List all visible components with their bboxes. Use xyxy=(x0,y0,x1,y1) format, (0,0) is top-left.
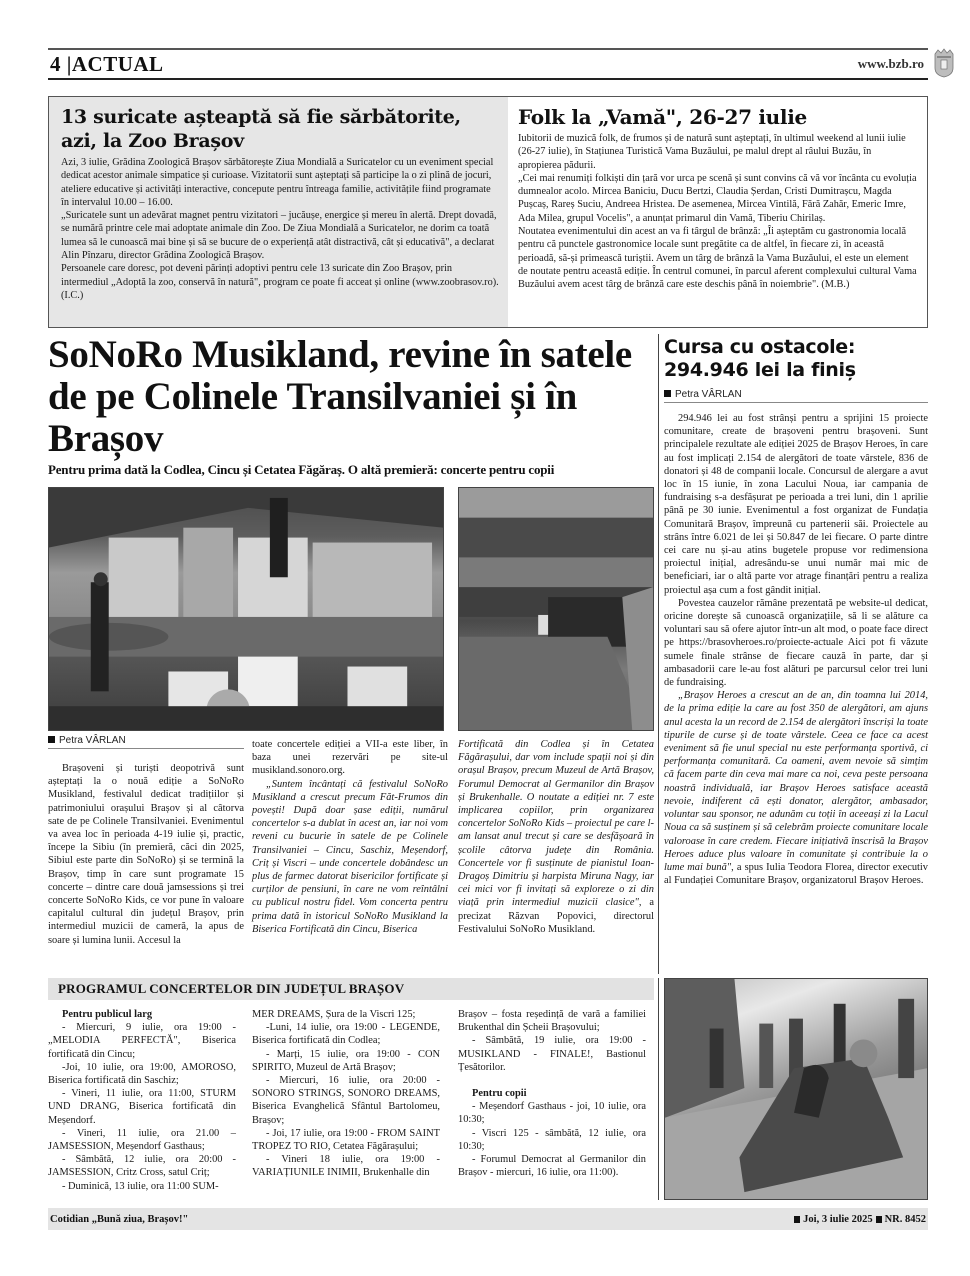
programme-item: - Joi, 17 iulie, ora 19:00 - FROM SAINT … xyxy=(252,1127,440,1153)
folk-news-body: Iubitorii de muzică folk, de frumos și d… xyxy=(518,132,917,292)
programme-item: -Joi, 10 iulie, ora 19:00, AMOROSO, Bise… xyxy=(48,1061,236,1087)
programme-item: -Luni, 14 iulie, ora 19:00 - LEGENDE, Bi… xyxy=(252,1021,440,1047)
article-paragraph: Povestea cauzelor rămâne prezentată pe w… xyxy=(664,597,928,689)
folk-news-title: Folk la „Vamă", 26-27 iulie xyxy=(518,105,917,129)
author-name: Petra VÂRLAN xyxy=(59,735,126,746)
side-article-body: 294.946 lei au fost strânși pentru a spr… xyxy=(664,412,928,887)
programme-item: - Miercuri, 9 iulie, ora 19:00 - „MELODI… xyxy=(48,1021,236,1061)
bullet-square-icon xyxy=(876,1216,882,1223)
section-label: 4 |ACTUAL xyxy=(48,52,164,77)
main-byline: Petra VÂRLAN xyxy=(48,735,244,749)
issue-info: Joi, 3 iulie 2025NR. 8452 xyxy=(791,1214,926,1225)
main-article-column-2: toate concertele ediției a VII-a este li… xyxy=(252,738,448,936)
programme-item: - Miercuri, 16 iulie, ora 20:00 - SONORO… xyxy=(252,1074,440,1127)
main-subheadline: Pentru prima dată la Codlea, Cincu și Ce… xyxy=(48,462,658,478)
programme-item: - Sâmbătă, 12 iulie, ora 20:00 - JAMSESS… xyxy=(48,1153,236,1179)
main-headline: SoNoRo Musikland, revine în satele de pe… xyxy=(48,334,648,460)
heroes-run-photo xyxy=(664,978,928,1200)
programme-item: - Vineri, 11 iulie, ora 11:00, STURM UND… xyxy=(48,1087,236,1127)
bullet-square-icon xyxy=(794,1216,800,1223)
page-header: 4 |ACTUAL www.bzb.ro xyxy=(48,48,928,80)
main-article-column-1: Brașoveni și turiști deopotrivă sunt așt… xyxy=(48,762,244,947)
zoo-paragraph: Persoanele care doresc, pot deveni părin… xyxy=(61,262,499,302)
quote-text: Fortificată din Codlea și în Cetatea Făg… xyxy=(458,739,654,908)
website-link[interactable]: www.bzb.ro xyxy=(858,56,924,72)
programme-column-2: MER DREAMS, Șura de la Viscri 125; -Luni… xyxy=(252,1008,440,1180)
zoo-paragraph: Azi, 3 iulie, Grădina Zoologică Brașov s… xyxy=(61,156,499,209)
author-name: Petra VÂRLAN xyxy=(675,389,742,400)
publication-name: Cotidian „Bună ziua, Brașov!" xyxy=(50,1214,188,1225)
folk-paragraph: Noutatea evenimentului din acest an va f… xyxy=(518,225,917,291)
bullet-square-icon xyxy=(48,736,55,743)
courtyard-photo xyxy=(458,487,654,731)
programme-item: - Vineri 18 iulie, ora 19:00 - VARIAȚIUN… xyxy=(252,1153,440,1179)
programme-column-1: Pentru publicul larg - Miercuri, 9 iulie… xyxy=(48,1008,236,1193)
folk-paragraph: Iubitorii de muzică folk, de frumos și d… xyxy=(518,132,917,172)
programme-title: PROGRAMUL CONCERTELOR DIN JUDEȚUL BRAȘOV xyxy=(48,978,654,1000)
folk-paragraph: „Cei mai renumiți folkiști din țară vor … xyxy=(518,172,917,225)
article-paragraph: toate concertele ediției a VII-a este li… xyxy=(252,738,448,778)
side-article-title: Cursa cu ostacole: 294.946 lei la finiș xyxy=(664,336,928,382)
main-article-column-3: Fortificată din Codlea și în Cetatea Făg… xyxy=(458,738,654,936)
quote-text: „Brașov Heroes a crescut an de an, din t… xyxy=(664,690,928,873)
programme-subheading: Pentru copii xyxy=(458,1087,646,1100)
side-byline: Petra VÂRLAN xyxy=(664,389,928,403)
zoo-paragraph: „Suricatele sunt un adevărat magnet pent… xyxy=(61,209,499,262)
programme-item: - Viscri 125 - sâmbătă, 12 iulie, ora 10… xyxy=(458,1127,646,1153)
column-divider xyxy=(658,334,659,974)
courtyard-photo-illustration xyxy=(459,488,653,730)
article-paragraph: 294.946 lei au fost strânși pentru a spr… xyxy=(664,412,928,597)
concert-photo xyxy=(48,487,444,731)
programme-column-3: Brașov – fosta reședință de vară a famil… xyxy=(458,1008,646,1179)
coat-of-arms-icon xyxy=(932,48,956,78)
quote-paragraph: „Suntem încântați că festivalul SoNoRo M… xyxy=(252,778,448,936)
programme-item: - Forumul Democrat al Germanilor din Bra… xyxy=(458,1153,646,1179)
issue-number: NR. 8452 xyxy=(885,1214,926,1225)
programme-item: - Marți, 15 iulie, ora 19:00 - CON SPIRI… xyxy=(252,1048,440,1074)
zoo-news-body: Azi, 3 iulie, Grădina Zoologică Brașov s… xyxy=(61,156,499,302)
page-footer: Cotidian „Bună ziua, Brașov!" Joi, 3 iul… xyxy=(48,1208,928,1230)
zoo-news-title: 13 suricate așteaptă să fie sărbătorite,… xyxy=(61,105,499,153)
zoo-news-box: 13 suricate așteaptă să fie sărbătorite,… xyxy=(48,96,510,328)
folk-news-box: Folk la „Vamă", 26-27 iulie Iubitorii de… xyxy=(508,96,928,328)
article-paragraph: Brașoveni și turiști deopotrivă sunt așt… xyxy=(48,762,244,947)
bullet-square-icon xyxy=(664,390,671,397)
run-photo-illustration xyxy=(665,979,927,1199)
concert-photo-illustration xyxy=(49,488,443,730)
programme-item: - Duminică, 13 iulie, ora 11:00 SUM- xyxy=(48,1180,236,1193)
programme-subheading: Pentru publicul larg xyxy=(48,1008,236,1021)
programme-item: Brașov – fosta reședință de vară a famil… xyxy=(458,1008,646,1034)
programme-item: - Sâmbătă, 19 iulie, ora 19:00 - MUSIKLA… xyxy=(458,1034,646,1074)
programme-item: - Vineri, 11 iulie, ora 21.00 – JAMSESSI… xyxy=(48,1127,236,1153)
programme-item: - Meșendorf Gasthaus - joi, 10 iulie, or… xyxy=(458,1100,646,1126)
column-divider xyxy=(658,978,659,1200)
programme-item: MER DREAMS, Șura de la Viscri 125; xyxy=(252,1008,440,1021)
issue-date: Joi, 3 iulie 2025 xyxy=(803,1214,872,1225)
